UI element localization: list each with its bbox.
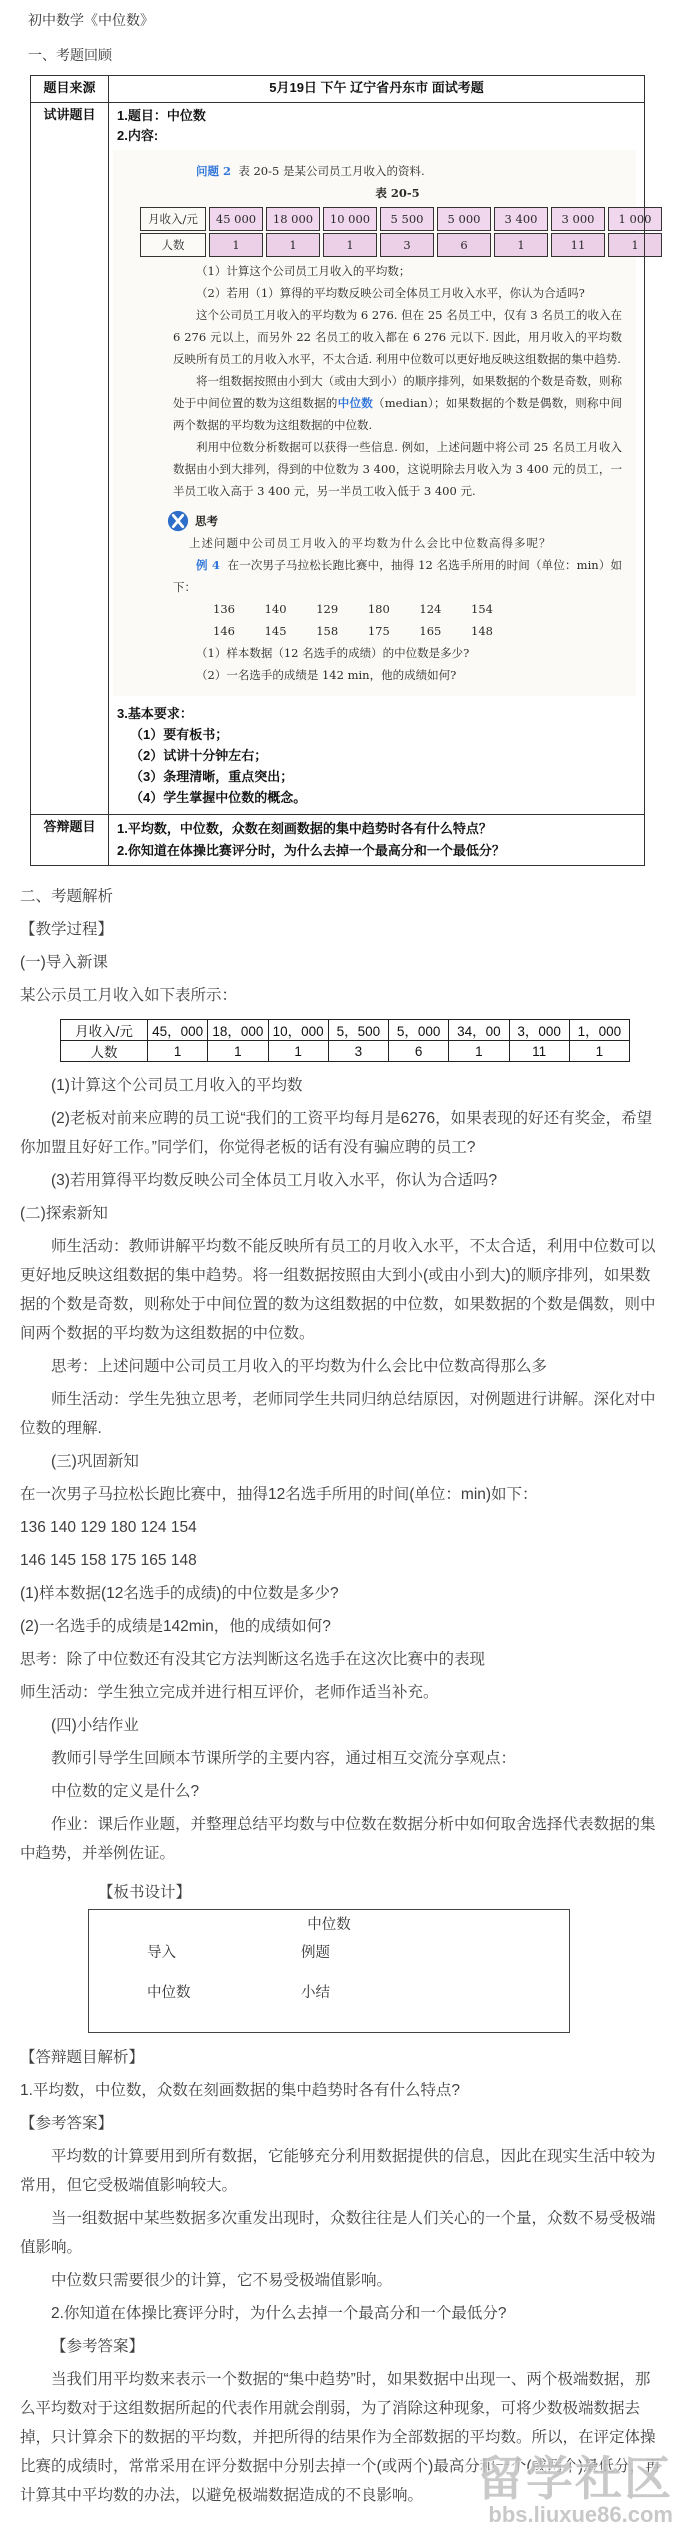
- reference-answer-heading-1: 【参考答案】: [20, 2109, 665, 2138]
- defense-analysis-q2: 2.你知道在体操比赛评分时，为什么去掉一个最高分和一个最低分?: [20, 2299, 665, 2328]
- answer1-para3: 中位数只需要很少的计算，它不易受极端值影响。: [20, 2266, 665, 2295]
- times-row-1: 136 140 129 180 124 154: [213, 598, 622, 620]
- think-icon: [167, 510, 189, 532]
- defense-content-cell: 1.平均数，中位数，众数在刻画数据的集中趋势时各有什么特点？ 2.你知道在体操比…: [109, 815, 645, 866]
- board-design-heading: 【板书设计】: [98, 1878, 665, 1907]
- example-text: 在一次男子马拉松长跑比赛中，抽得 12 名选手所用的时间（单位：min）如下：: [173, 558, 622, 594]
- marathon-times-1: 136 140 129 180 124 154: [20, 1513, 665, 1542]
- textbook-scan: 问题 2 表 20-5 是某公司员工月收入的资料. 表 20-5 月收入/元 4…: [113, 150, 636, 696]
- table-row: 月收入/元 45，000 18，000 10，000 5，500 5，000 3…: [61, 1020, 630, 1041]
- table-row: 试讲题目 1.题目：中位数 2.内容: 问题 2 表 20-5 是某公司员工月收…: [31, 103, 645, 815]
- analysis-q3: (3)若用算得平均数反映公司全体员工月收入水平，你认为合适吗?: [20, 1166, 665, 1195]
- requirement-item: （3）条理清晰，重点突出；: [117, 766, 636, 787]
- problem-label: 问题 2: [196, 164, 231, 178]
- textbook-q2: （2）若用（1）算得的平均数反映公司全体员工月收入水平，你认为合适吗?: [173, 282, 622, 304]
- textbook-para1: 这个公司员工月收入的平均数为 6 276. 但在 25 名员工中，仅有 3 名员…: [173, 304, 622, 370]
- board-item-example: 例题: [301, 1941, 330, 1962]
- problem-text: 表 20-5 是某公司员工月收入的资料.: [238, 164, 424, 178]
- part4-para2: 中位数的定义是什么?: [20, 1777, 665, 1806]
- table-row: 人数 1 1 1 3 6 1 11 1: [140, 233, 662, 257]
- textbook-para3: 利用中位数分析数据可以获得一些信息. 例如，上述问题中将公司 25 名员工月收入…: [173, 436, 622, 502]
- times-row-2: 146 145 158 175 165 148: [213, 620, 622, 642]
- textbook-q1: （1）计算这个公司员工月收入的平均数；: [173, 260, 622, 282]
- part2-para1: 师生活动：教师讲解平均数不能反映所有员工的月收入水平，不太合适，利用中位数可以更…: [20, 1232, 665, 1348]
- requirement-item: （4）学生掌握中位数的概念。: [117, 787, 636, 808]
- section-review-heading: 一、考题回顾: [28, 45, 665, 65]
- defense-label: 答辩题目: [31, 815, 109, 866]
- table-row: 题目来源 5月19日 下午 辽宁省丹东市 面试考题: [31, 76, 645, 103]
- lecture-label: 试讲题目: [31, 103, 109, 815]
- marathon-q2: (2)一名选手的成绩是142min，他的成绩如何?: [20, 1612, 665, 1641]
- part3-heading: (三)巩固新知: [20, 1447, 665, 1476]
- example-q1: （1）样本数据（12 名选手的成绩）的中位数是多少?: [173, 642, 622, 664]
- marathon-times-2: 146 145 158 175 165 148: [20, 1546, 665, 1575]
- reference-answer-heading-2: 【参考答案】: [20, 2332, 665, 2361]
- textbook-example-line: 例 4 在一次男子马拉松长跑比赛中，抽得 12 名选手所用的时间（单位：min）…: [173, 554, 622, 598]
- analysis-income-table: 月收入/元 45，000 18，000 10，000 5，500 5，000 3…: [60, 1019, 630, 1062]
- requirement-item: （2）试讲十分钟左右；: [117, 745, 636, 766]
- requirement-item: （1）要有板书；: [117, 724, 636, 745]
- board-design-box: 中位数 导入 例题 中位数 小结: [88, 1909, 570, 2033]
- lecture-topic: 1.题目：中位数: [117, 106, 636, 126]
- think-text: 上述问题中公司员工月收入的平均数为什么会比中位数高得多呢？: [189, 532, 622, 554]
- part3-think: 思考：除了中位数还有没其它方法判断这名选手在这次比赛中的表现: [20, 1645, 665, 1674]
- part4-para3: 作业：课后作业题，并整理总结平均数与中位数在数据分析中如何取舍选择代表数据的集中…: [20, 1810, 665, 1868]
- textbook-problem-line: 问题 2 表 20-5 是某公司员工月收入的资料.: [173, 160, 622, 182]
- board-item-median: 中位数: [147, 1981, 191, 2002]
- textbook-para2: 将一组数据按照由小到大（或由大到小）的顺序排列，如果数据的个数是奇数，则称处于中…: [173, 370, 622, 436]
- answer2-para1: 当我们用平均数来表示一个数据的“集中趋势”时，如果数据中出现一、两个极端数据，那…: [20, 2365, 665, 2510]
- part1-heading: (一)导入新课: [20, 948, 665, 977]
- analysis-q2: (2)老板对前来应聘的员工说“我们的工资平均每月是6276，如果表现的好还有奖金…: [20, 1104, 665, 1162]
- example-label: 例 4: [196, 558, 220, 572]
- income-table: 月收入/元 45 000 18 000 10 000 5 500 5 000 3…: [137, 205, 665, 259]
- page-title: 初中数学《中位数》: [28, 10, 665, 30]
- median-term: 中位数: [338, 396, 373, 410]
- source-label: 题目来源: [31, 76, 109, 103]
- defense-question-2: 2.你知道在体操比赛评分时，为什么去掉一个最高分和一个最低分？: [117, 840, 636, 862]
- marathon-q1: (1)样本数据(12名选手的成绩)的中位数是多少?: [20, 1579, 665, 1608]
- table-row: 人数 1 1 1 3 6 1 11 1: [61, 1041, 630, 1062]
- teaching-process-heading: 【教学过程】: [20, 915, 665, 944]
- part4-heading: (四)小结作业: [20, 1711, 665, 1740]
- lecture-content-heading: 2.内容:: [117, 126, 636, 146]
- board-title: 中位数: [89, 1913, 569, 1934]
- review-table: 题目来源 5月19日 下午 辽宁省丹东市 面试考题 试讲题目 1.题目：中位数 …: [30, 75, 645, 866]
- think-label: 思考: [195, 510, 218, 532]
- answer1-para1: 平均数的计算要用到所有数据，它能够充分利用数据提供的信息，因此在现实生活中较为常…: [20, 2142, 665, 2200]
- board-item-intro: 导入: [147, 1941, 176, 1962]
- lecture-content-cell: 1.题目：中位数 2.内容: 问题 2 表 20-5 是某公司员工月收入的资料.…: [109, 103, 645, 815]
- source-value: 5月19日 下午 辽宁省丹东市 面试考题: [109, 76, 645, 103]
- income-table-caption: 表 20-5: [173, 182, 622, 204]
- defense-analysis-heading: 【答辩题目解析】: [20, 2043, 665, 2072]
- intro-text: 某公示员工月收入如下表所示：: [20, 981, 665, 1010]
- section-analysis-heading: 二、考题解析: [20, 882, 665, 911]
- part2-heading: (二)探索新知: [20, 1199, 665, 1228]
- part3-para: 师生活动：学生独立完成并进行相互评价，老师作适当补充。: [20, 1678, 665, 1707]
- defense-analysis-q1: 1.平均数，中位数，众数在刻画数据的集中趋势时各有什么特点?: [20, 2076, 665, 2105]
- defense-question-1: 1.平均数，中位数，众数在刻画数据的集中趋势时各有什么特点？: [117, 818, 636, 840]
- part2-think: 思考：上述问题中公司员工月收入的平均数为什么会比中位数高得那么多: [20, 1352, 665, 1381]
- table-row: 答辩题目 1.平均数，中位数，众数在刻画数据的集中趋势时各有什么特点？ 2.你知…: [31, 815, 645, 866]
- example-q2: （2）一名选手的成绩是 142 min，他的成绩如何?: [173, 664, 622, 686]
- document-page: 初中数学《中位数》 一、考题回顾 题目来源 5月19日 下午 辽宁省丹东市 面试…: [0, 0, 673, 2528]
- board-item-summary: 小结: [301, 1981, 330, 2002]
- answer1-para2: 当一组数据中某些数据多次重发出现时，众数往往是人们关心的一个量，众数不易受极端值…: [20, 2204, 665, 2262]
- think-block-header: 思考: [167, 510, 622, 532]
- marathon-intro: 在一次男子马拉松长跑比赛中，抽得12名选手所用的时间(单位：min)如下：: [20, 1480, 665, 1509]
- requirements-heading: 3.基本要求：: [117, 704, 636, 724]
- analysis-q1: (1)计算这个公司员工月收入的平均数: [20, 1071, 665, 1100]
- part4-para1: 教师引导学生回顾本节课所学的主要内容，通过相互交流分享观点：: [20, 1744, 665, 1773]
- table-row: 月收入/元 45 000 18 000 10 000 5 500 5 000 3…: [140, 207, 662, 231]
- part2-para2: 师生活动：学生先独立思考，老师同学生共同归纳总结原因，对例题进行讲解。深化对中位…: [20, 1385, 665, 1443]
